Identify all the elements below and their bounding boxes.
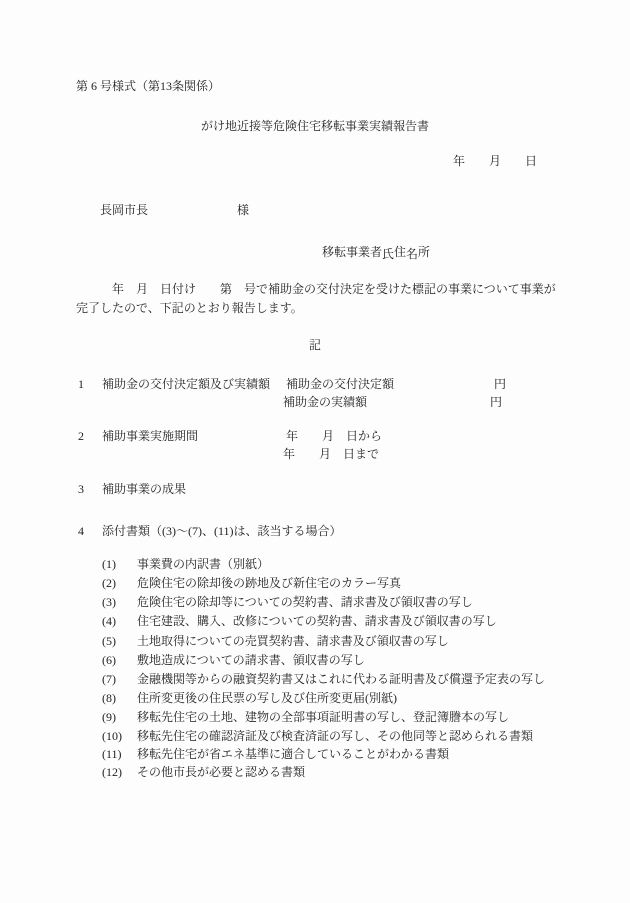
item1-decided-unit: 円 (494, 377, 506, 392)
addressee-line: 長岡市長様 (88, 188, 249, 233)
item4-row: 4 添付書類（(3)～(7)、(11)は、該当する場合） (0, 524, 630, 539)
reporter-role-label: 移転事業者 (322, 245, 382, 259)
item2-row2: 年 月 日まで (0, 447, 630, 462)
document-title: がけ地近接等危険住宅移転事業実績報告書 (0, 119, 630, 134)
body-paragraph-line2: 完了したので、下記のとおり報告します。 (76, 301, 303, 316)
item4-number: 4 (78, 524, 84, 539)
honorific: 様 (237, 203, 249, 217)
reporter-name-label: 氏 名 (382, 247, 418, 262)
document-page: 第 6 号様式（第13条関係） がけ地近接等危険住宅移転事業実績報告書 年 月 … (0, 0, 630, 903)
item1-label: 補助金の交付決定額及び実績額 (102, 377, 270, 392)
item2-row1: 2 補助事業実施期間 年 月 日から (0, 429, 630, 444)
item2-period-to: 年 月 日まで (283, 447, 379, 462)
attachment-item: (12)その他市長が必要と認める書類 (90, 750, 305, 795)
addressee-name: 長岡市長 (100, 203, 148, 217)
date-blank-line: 年 月 日 (453, 154, 537, 169)
form-number: 第 6 号様式（第13条関係） (76, 79, 220, 94)
item2-label: 補助事業実施期間 (102, 429, 198, 444)
item2-number: 2 (78, 429, 84, 444)
item3-number: 3 (78, 482, 84, 497)
body-paragraph-line1: 年 月 日付け 第 号で補助金の交付決定を受けた標記の事業について事業が (76, 282, 556, 297)
item1-actual-label: 補助金の実績額 (283, 395, 367, 410)
item2-period-from: 年 月 日から (286, 429, 382, 444)
attachment-text: その他市長が必要と認める書類 (137, 765, 305, 779)
record-marker: 記 (0, 338, 630, 353)
item1-actual-unit: 円 (490, 395, 502, 410)
attachment-number: (12) (102, 765, 137, 780)
item1-number: 1 (78, 377, 84, 392)
item3-row: 3 補助事業の成果 (0, 482, 630, 497)
item1-decided-label: 補助金の交付決定額 (286, 377, 394, 392)
item1-row2: 補助金の実績額 円 (0, 395, 630, 410)
item1-row1: 1 補助金の交付決定額及び実績額 補助金の交付決定額 円 (0, 377, 630, 392)
item3-label: 補助事業の成果 (102, 482, 186, 497)
item4-label: 添付書類（(3)～(7)、(11)は、該当する場合） (102, 524, 342, 539)
